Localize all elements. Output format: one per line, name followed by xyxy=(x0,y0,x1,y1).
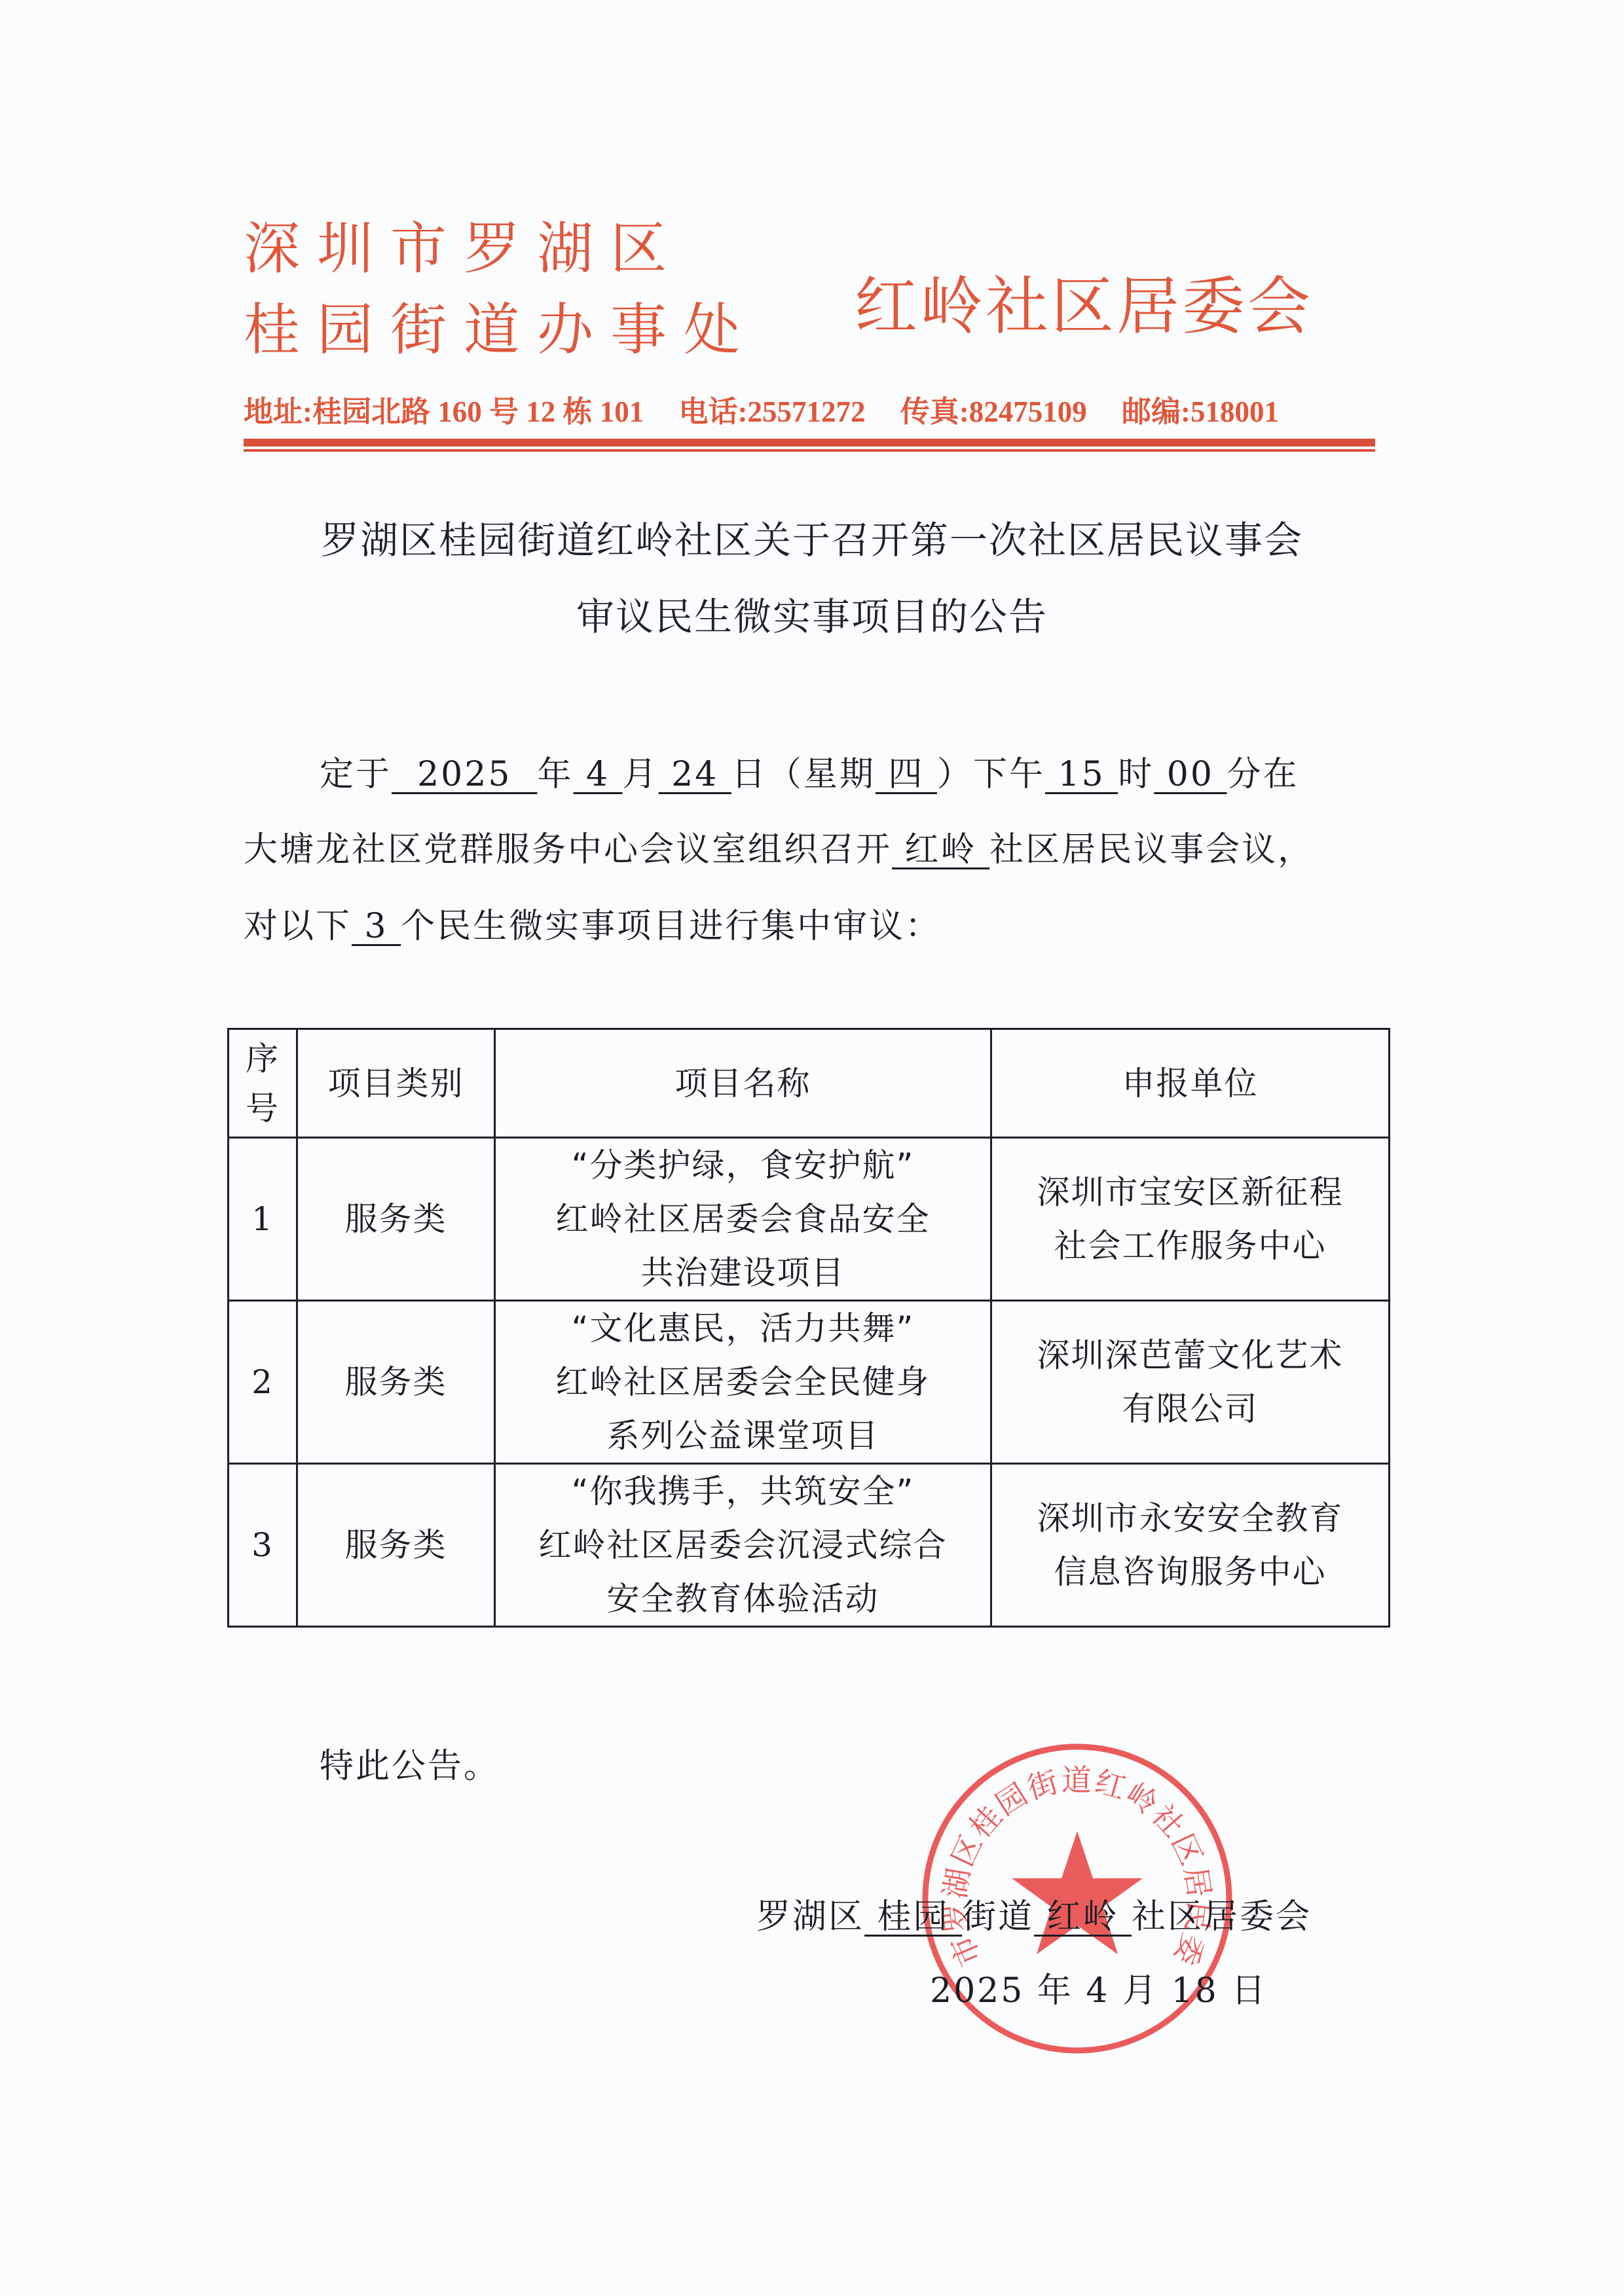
unit-line: 深圳市宝安区新征程 xyxy=(997,1165,1383,1219)
table-header-row: 序 号 项目类别 项目名称 申报单位 xyxy=(229,1029,1390,1138)
row-seq: 3 xyxy=(229,1464,297,1627)
text: 罗湖区 xyxy=(756,1897,864,1937)
header-seq-line1: 序 xyxy=(234,1034,291,1084)
row-category: 服务类 xyxy=(297,1301,495,1464)
row-unit: 深圳市宝安区新征程 社会工作服务中心 xyxy=(991,1138,1390,1301)
project-count-paragraph: 对以下 3 个民生微实事项目进行集中审议： xyxy=(244,898,941,947)
row-project-name: “你我携手，共筑安全” 红岭社区居委会沉浸式综合 安全教育体验活动 xyxy=(495,1464,991,1627)
row-seq: 2 xyxy=(229,1301,297,1464)
unit-line: 深圳深芭蕾文化艺术 xyxy=(997,1328,1383,1382)
document-title-line1: 罗湖区桂园街道红岭社区关于召开第一次社区居民议事会 xyxy=(196,509,1428,564)
text: 大塘龙社区党群服务中心会议室组织召开 xyxy=(244,830,892,869)
text: 月 xyxy=(623,755,659,794)
project-name-line: 红岭社区居委会食品安全 xyxy=(501,1192,985,1246)
letterhead-committee-title: 红岭社区居委会 xyxy=(855,257,1405,346)
row-unit: 深圳深芭蕾文化艺术 有限公司 xyxy=(991,1301,1390,1464)
text: 时 xyxy=(1118,755,1154,794)
letterhead-fax: 传真:82475109 xyxy=(900,395,1087,428)
document-title-line2: 审议民生微实事项目的公告 xyxy=(196,586,1428,641)
meeting-day: 24 xyxy=(659,755,731,794)
meeting-weekday: 四 xyxy=(876,755,937,794)
text: 年 xyxy=(537,755,573,794)
community-name: 红岭 xyxy=(892,830,989,869)
letterhead-contact: 地址:桂园北路 160 号 12 栋 101 电话:25571272 传真:82… xyxy=(244,388,1396,430)
projects-table: 序 号 项目类别 项目名称 申报单位 1 服务类 “分类护绿，食安护航” 红岭社… xyxy=(227,1028,1390,1628)
project-name-line: 红岭社区居委会全民健身 xyxy=(501,1355,985,1409)
text: 社区居民议事会议， xyxy=(989,830,1314,869)
closing-text: 特此公告。 xyxy=(320,1738,500,1787)
project-name-line: “文化惠民，活力共舞” xyxy=(501,1302,985,1355)
header-category: 项目类别 xyxy=(297,1029,495,1138)
project-name-line: 共治建设项目 xyxy=(501,1246,985,1300)
letterhead-rule-thick xyxy=(244,439,1375,446)
project-name-line: 红岭社区居委会沉浸式综合 xyxy=(501,1518,985,1572)
text: 街道 xyxy=(962,1897,1034,1937)
project-name-line: 系列公益课堂项目 xyxy=(501,1409,985,1463)
meeting-minute: 00 xyxy=(1154,755,1227,794)
text: 分在 xyxy=(1227,755,1299,794)
header-seq-line2: 号 xyxy=(234,1084,291,1133)
meeting-time-paragraph: 定于 2025 年 4 月 24 日（星期 四 ）下午 15 时 00 分在 xyxy=(320,746,1299,795)
row-project-name: “文化惠民，活力共舞” 红岭社区居委会全民健身 系列公益课堂项目 xyxy=(495,1301,991,1464)
header-seq: 序 号 xyxy=(229,1029,297,1138)
text: 定于 xyxy=(320,755,392,794)
letterhead-office-line2: 桂园街道办事处 xyxy=(244,289,781,371)
signature-date: 2025 年 4 月 18 日 xyxy=(930,1963,1267,2012)
text: 社区居委会 xyxy=(1132,1897,1312,1937)
meeting-location-paragraph: 大塘龙社区党群服务中心会议室组织召开 红岭 社区居民议事会议， xyxy=(244,822,1314,871)
signature-community: 红岭 xyxy=(1034,1897,1132,1937)
project-count: 3 xyxy=(352,907,401,946)
text: ）下午 xyxy=(937,755,1045,794)
text: 对以下 xyxy=(244,907,352,946)
table-row: 3 服务类 “你我携手，共筑安全” 红岭社区居委会沉浸式综合 安全教育体验活动 … xyxy=(229,1464,1390,1627)
header-project-name: 项目名称 xyxy=(495,1029,991,1138)
meeting-month: 4 xyxy=(573,755,622,794)
letterhead-address: 地址:桂园北路 160 号 12 栋 101 xyxy=(244,395,644,428)
project-name-line: “你我携手，共筑安全” xyxy=(501,1465,985,1518)
project-name-line: 安全教育体验活动 xyxy=(501,1572,985,1626)
meeting-hour: 15 xyxy=(1045,755,1118,794)
row-category: 服务类 xyxy=(297,1464,495,1627)
table-row: 2 服务类 “文化惠民，活力共舞” 红岭社区居委会全民健身 系列公益课堂项目 深… xyxy=(229,1301,1390,1464)
row-project-name: “分类护绿，食安护航” 红岭社区居委会食品安全 共治建设项目 xyxy=(495,1138,991,1301)
unit-line: 社会工作服务中心 xyxy=(997,1219,1383,1273)
letterhead-rule-thin xyxy=(244,449,1375,452)
letterhead-phone: 电话:25571272 xyxy=(679,395,866,428)
header-unit: 申报单位 xyxy=(991,1029,1390,1138)
unit-line: 深圳市永安安全教育 xyxy=(997,1491,1383,1545)
unit-line: 信息咨询服务中心 xyxy=(997,1545,1383,1599)
letterhead-postcode: 邮编:518001 xyxy=(1122,395,1279,428)
letterhead-office: 深圳市罗湖区 桂园街道办事处 xyxy=(244,208,781,371)
project-name-line: “分类护绿，食安护航” xyxy=(501,1139,985,1192)
text: 个民生微实事项目进行集中审议： xyxy=(401,907,941,946)
unit-line: 有限公司 xyxy=(997,1382,1383,1436)
meeting-year: 2025 xyxy=(392,755,537,794)
signature-line: 罗湖区 桂园 街道 红岭 社区居委会 xyxy=(756,1889,1312,1938)
row-unit: 深圳市永安安全教育 信息咨询服务中心 xyxy=(991,1464,1390,1627)
table-row: 1 服务类 “分类护绿，食安护航” 红岭社区居委会食品安全 共治建设项目 深圳市… xyxy=(229,1138,1390,1301)
signature-street: 桂园 xyxy=(864,1897,962,1937)
row-category: 服务类 xyxy=(297,1138,495,1301)
row-seq: 1 xyxy=(229,1138,297,1301)
text: 日（星期 xyxy=(731,755,876,794)
letterhead-office-line1: 深圳市罗湖区 xyxy=(244,208,781,289)
